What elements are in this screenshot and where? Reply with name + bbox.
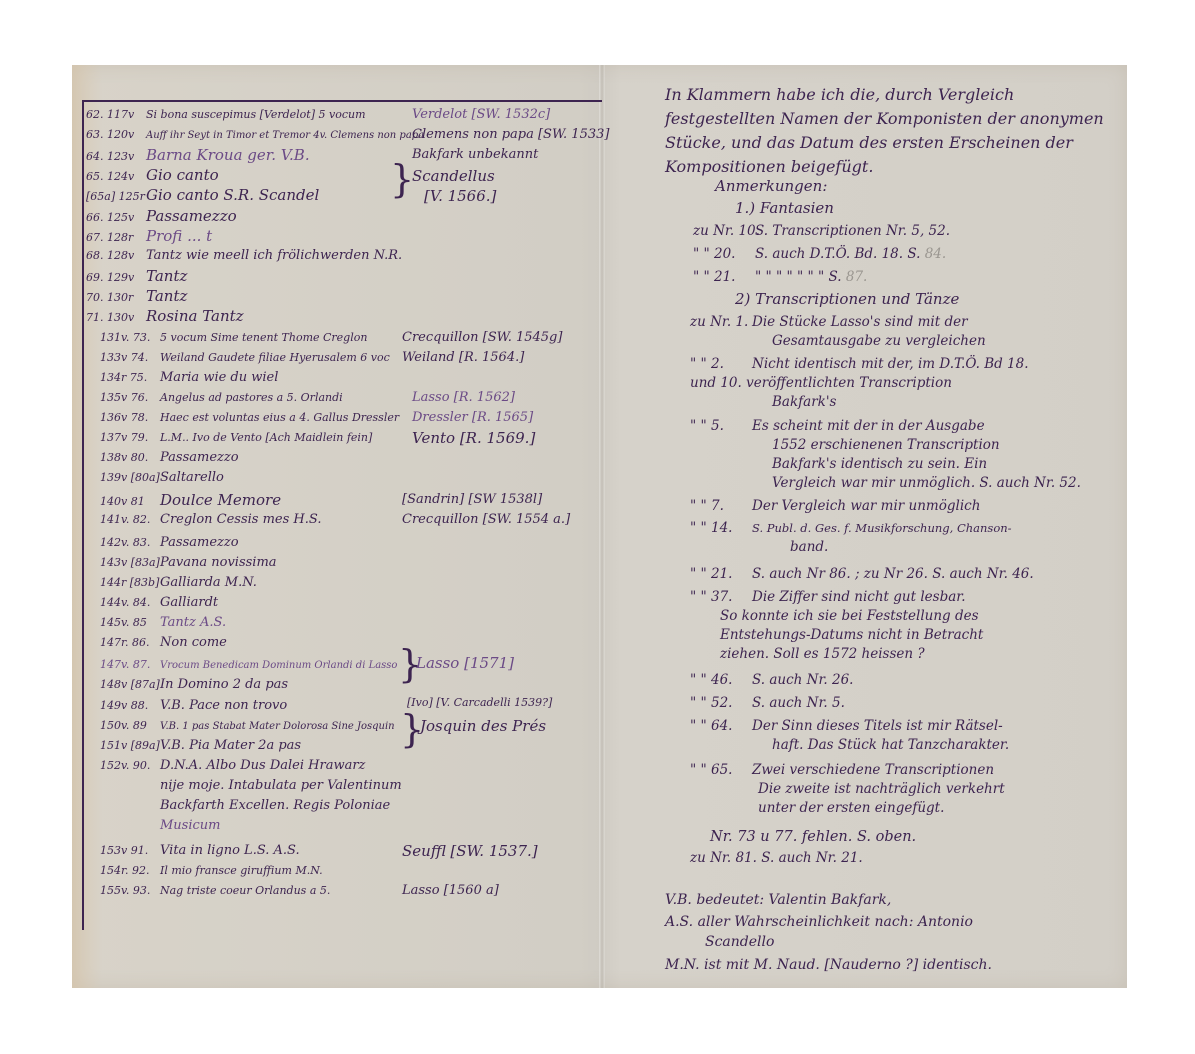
index-entry: 138v 80.Passamezzo <box>100 450 239 466</box>
index-entry: 62. 117vSi bona suscepimus [Verdelot] 5 … <box>86 107 366 123</box>
index-entry: 71. 130vRosina Tantz <box>86 308 244 326</box>
index-entry: 136v 78.Haec est voluntas eius a 4. Gall… <box>100 410 399 426</box>
attribution: Dressler [R. 1565] <box>412 410 533 426</box>
index-entry: 134r 75.Maria wie du wiel <box>100 370 278 386</box>
brace-icon: } <box>390 160 414 198</box>
entry-continuation: Backfarth Excellen. Regis Poloniae <box>160 798 390 814</box>
attribution: Lasso [1571] <box>416 655 514 671</box>
right-page-notes: In Klammern habe ich die, durch Vergleic… <box>605 65 1127 988</box>
attribution: Josquin des Prés <box>420 718 546 734</box>
index-entry: 152v. 90.D.N.A. Albo Dus Dalei Hrawarz <box>100 758 365 774</box>
attribution: Weiland [R. 1564.] <box>402 350 524 366</box>
note-item: " " 20.S. auch D.T.Ö. Bd. 18. S. 84. <box>693 245 946 264</box>
group-attribution-ref: [V. 1566.] <box>424 188 496 204</box>
index-entry: 143v [83a]Pavana novissima <box>100 555 277 571</box>
note-item: " " 7.Der Vergleich war mir unmöglich <box>690 497 980 516</box>
note-item: zu Nr. 1.Die Stücke Lasso's sind mit der… <box>690 313 986 351</box>
note-item: " " 64.Der Sinn dieses Titels ist mir Rä… <box>690 717 1009 755</box>
index-entry: 148v [87a]In Domino 2 da pas <box>100 677 288 693</box>
abbreviation-legend: V.B. bedeutet: Valentin Bakfark, <box>665 890 891 910</box>
section-heading-transcriptions: 2) Transcriptionen und Tänze <box>735 290 959 308</box>
index-entry: 69. 129vTantz <box>86 268 187 286</box>
abbreviation-legend: A.S. aller Wahrscheinlichkeit nach: Anto… <box>665 912 973 932</box>
index-entry: 147r. 86.Non come <box>100 635 227 651</box>
attribution: [Ivo] [V. Carcadelli 1539?] <box>407 695 552 711</box>
manuscript-sheet: 62. 117vSi bona suscepimus [Verdelot] 5 … <box>72 65 1127 988</box>
index-entry: 131v. 73.5 vocum Sime tenent Thome Cregl… <box>100 330 367 346</box>
index-entry: 67. 128rProfi ... t <box>86 228 212 246</box>
attribution: Vento [R. 1569.] <box>412 430 535 446</box>
index-entry: 154r. 92.Il mio fransce giruffium M.N. <box>100 863 323 879</box>
index-entry: 137v 79.L.M.. Ivo de Vento [Ach Maidlein… <box>100 430 372 446</box>
index-entry: 142v. 83.Passamezzo <box>100 535 239 551</box>
attribution: Crecquillon [SW. 1545g] <box>402 330 562 346</box>
index-entry: 65. 124vGio canto <box>86 167 219 185</box>
section-heading-fantasien: 1.) Fantasien <box>735 199 834 217</box>
intro-paragraph: In Klammern habe ich die, durch Vergleic… <box>665 83 1115 179</box>
index-entry: 149v 88.V.B. Pace non trovo <box>100 698 287 714</box>
entry-continuation: nije moje. Intabulata per Valentinum <box>160 778 402 794</box>
index-entry: 150v. 89V.B. 1 pas Stabat Mater Dolorosa… <box>100 718 395 735</box>
note-item: " " 2.Nicht identisch mit der, im D.T.Ö.… <box>690 355 1029 412</box>
index-entry: 155v. 93.Nag triste coeur Orlandus a 5. <box>100 883 330 899</box>
table-left-rule <box>82 100 84 930</box>
abbreviation-legend: M.N. ist mit M. Naud. [Nauderno ?] ident… <box>665 955 992 975</box>
index-entry: 68. 128vTantz wie meell ich frölichwerde… <box>86 248 402 264</box>
remarks-heading: Anmerkungen: <box>715 177 827 195</box>
index-entry: 140v 81Doulce Memore <box>100 492 281 510</box>
attribution: Lasso [R. 1562] <box>412 390 515 406</box>
attribution: Clemens non papa [SW. 1533] <box>412 127 609 143</box>
index-entry: 151v [89a]V.B. Pia Mater 2a pas <box>100 738 301 754</box>
abbreviation-legend-cont: Scandello <box>705 932 774 952</box>
left-page-index: 62. 117vSi bona suscepimus [Verdelot] 5 … <box>72 65 599 988</box>
pencil-annotation: 87. <box>846 269 867 285</box>
index-entry: 63. 120vAuff ihr Seyt in Timor et Tremor… <box>86 127 424 144</box>
attribution: Seuffl [SW. 1537.] <box>402 843 538 859</box>
attribution: [Sandrin] [SW 1538l] <box>402 492 542 508</box>
index-entry: 144r [83b]Galliarda M.N. <box>100 575 257 591</box>
group-attribution: Scandellus <box>412 168 495 184</box>
index-entry: 66. 125vPassamezzo <box>86 208 237 226</box>
index-entry: 133v 74.Weiland Gaudete filiae Hyerusale… <box>100 350 390 366</box>
note-item: " " 21." " " " " " " S. 87. <box>693 268 867 287</box>
index-entry: 147v. 87.Vrocum Benedicam Dominum Orland… <box>100 657 397 674</box>
attribution: Verdelot [SW. 1532c] <box>412 107 550 123</box>
attribution: Lasso [1560 a] <box>402 883 499 899</box>
index-entry: 64. 123vBarna Kroua ger. V.B. <box>86 147 310 165</box>
note-item: " " 46.S. auch Nr. 26. <box>690 671 853 690</box>
note-item: " " 5.Es scheint mit der in der Ausgabe1… <box>690 417 1081 493</box>
attribution: Crecquillon [SW. 1554 a.] <box>402 512 570 528</box>
index-entry: 139v [80a]Saltarello <box>100 470 224 486</box>
index-entry: [65a] 125rGio canto S.R. Scandel <box>86 187 319 205</box>
index-entry: 144v. 84.Galliardt <box>100 595 218 611</box>
index-entry: 135v 76.Angelus ad pastores a 5. Orlandi <box>100 390 343 406</box>
entry-continuation: Musicum <box>160 818 221 834</box>
note-item: " " 37.Die Ziffer sind nicht gut lesbar.… <box>690 588 983 664</box>
cross-reference-note: zu Nr. 81. S. auch Nr. 21. <box>690 849 863 868</box>
note-item: " " 14.S. Publ. d. Ges. f. Musikforschun… <box>690 519 1012 557</box>
missing-numbers-note: Nr. 73 u 77. fehlen. S. oben. <box>710 828 916 847</box>
note-item: zu Nr. 10.S. Transcriptionen Nr. 5, 52. <box>693 222 950 241</box>
pencil-annotation: 84. <box>925 246 946 262</box>
attribution: Bakfark unbekannt <box>412 147 538 163</box>
index-entry: 70. 130rTantz <box>86 288 187 306</box>
note-item: " " 52.S. auch Nr. 5. <box>690 694 845 713</box>
index-entry: 153v 91.Vita in ligno L.S. A.S. <box>100 843 300 859</box>
index-entry: 141v. 82.Creglon Cessis mes H.S. <box>100 512 321 528</box>
note-item: " " 65.Zwei verschiedene Transcriptionen… <box>690 761 1005 818</box>
table-top-rule <box>82 100 602 102</box>
note-item: " " 21.S. auch Nr 86. ; zu Nr 26. S. auc… <box>690 565 1034 584</box>
index-entry: 145v. 85Tantz A.S. <box>100 615 226 631</box>
